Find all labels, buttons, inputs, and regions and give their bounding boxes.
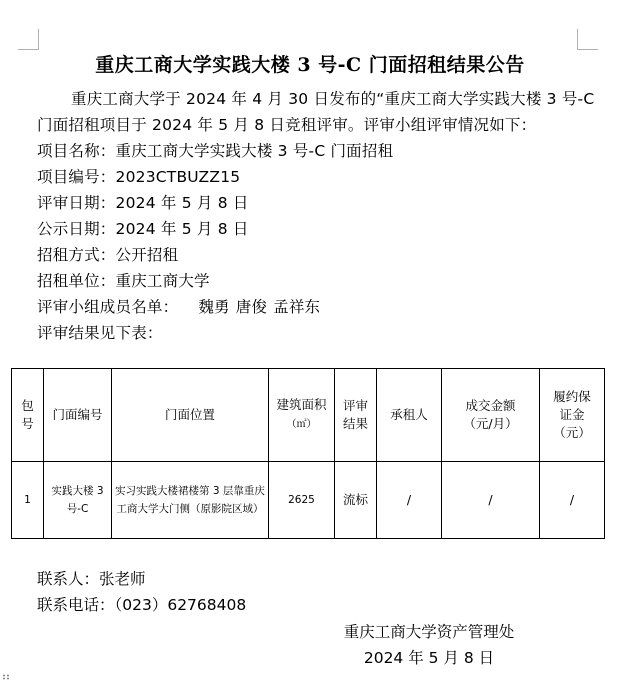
document-body: 重庆工商大学于 2024 年 4 月 30 日发布的“重庆工商大学实践大楼 3 … xyxy=(37,86,597,346)
members-label: 评审小组成员名单： xyxy=(37,298,178,316)
field-project-number: 项目编号：2023CTBUZZ15 xyxy=(37,164,597,190)
field-project-name: 项目名称：重庆工商大学实践大楼 3 号-C 门面招租 xyxy=(37,138,597,164)
page-corner-mark-top-left xyxy=(18,29,39,50)
header-location: 门面位置 xyxy=(112,369,269,462)
resize-grip-icon xyxy=(2,674,10,680)
contact-person: 联系人：张老师 xyxy=(37,566,246,592)
header-deposit: 履约保证金（元） xyxy=(540,369,605,462)
field-lease-unit: 招租单位：重庆工商大学 xyxy=(37,268,597,294)
intro-paragraph-line-1: 重庆工商大学于 2024 年 4 月 30 日发布的“重庆工商大学实践大楼 3 … xyxy=(37,86,597,112)
field-label: 招租单位： xyxy=(37,272,116,290)
field-value: 2024 年 5 月 8 日 xyxy=(116,194,249,212)
field-value: 重庆工商大学实践大楼 3 号-C 门面招租 xyxy=(116,142,394,160)
member-name: 唐俊 xyxy=(236,298,267,316)
document-title: 重庆工商大学实践大楼 3 号-C 门面招租结果公告 xyxy=(0,50,620,77)
header-review-result: 评审结果 xyxy=(335,369,377,462)
cell-location: 实习实践大楼裙楼第 3 层靠重庆工商大学大门侧（原影院区域） xyxy=(112,462,269,539)
member-name: 孟祥东 xyxy=(273,298,320,316)
header-amount: 成交金额（元/月） xyxy=(442,369,540,462)
field-value: 公开招租 xyxy=(116,246,179,264)
header-package-no: 包号 xyxy=(12,369,44,462)
cell-deposit: / xyxy=(540,462,605,539)
member-name: 魏勇 xyxy=(198,298,229,316)
header-area: 建筑面积（㎡） xyxy=(269,369,335,462)
cell-package-no: 1 xyxy=(12,462,44,539)
cell-amount: / xyxy=(442,462,540,539)
table-intro: 评审结果见下表： xyxy=(37,320,597,346)
review-members: 评审小组成员名单：魏勇唐俊孟祥东 xyxy=(37,294,597,320)
cell-tenant: / xyxy=(377,462,442,539)
cell-review-result: 流标 xyxy=(335,462,377,539)
cell-unit-no: 实践大楼 3 号-C xyxy=(44,462,112,539)
intro-paragraph-line-2: 门面招租项目于 2024 年 5 月 8 日竞租评审。评审小组评审情况如下： xyxy=(37,112,597,138)
field-label: 评审日期： xyxy=(37,194,116,212)
field-review-date: 评审日期：2024 年 5 月 8 日 xyxy=(37,190,597,216)
field-value: 重庆工商大学 xyxy=(116,272,210,290)
contact-info: 联系人：张老师 联系电话：（023）62768408 xyxy=(37,566,246,618)
cell-area: 2625 xyxy=(269,462,335,539)
field-label: 招租方式： xyxy=(37,246,116,264)
signature-block: 重庆工商大学资产管理处 2024 年 5 月 8 日 xyxy=(300,619,558,671)
field-label: 项目编号： xyxy=(37,168,116,186)
signature-org: 重庆工商大学资产管理处 xyxy=(300,619,558,645)
field-publish-date: 公示日期：2024 年 5 月 8 日 xyxy=(37,216,597,242)
page-corner-mark-top-right xyxy=(577,29,598,50)
field-value: 2024 年 5 月 8 日 xyxy=(116,220,249,238)
field-value: 2023CTBUZZ15 xyxy=(116,168,241,186)
header-unit-no: 门面编号 xyxy=(44,369,112,462)
field-label: 公示日期： xyxy=(37,220,116,238)
table-row: 1 实践大楼 3 号-C 实习实践大楼裙楼第 3 层靠重庆工商大学大门侧（原影院… xyxy=(12,462,605,539)
header-tenant: 承租人 xyxy=(377,369,442,462)
contact-phone: 联系电话：（023）62768408 xyxy=(37,592,246,618)
field-lease-method: 招租方式：公开招租 xyxy=(37,242,597,268)
table-header-row: 包号 门面编号 门面位置 建筑面积（㎡） 评审结果 承租人 成交金额（元/月） … xyxy=(12,369,605,462)
result-table: 包号 门面编号 门面位置 建筑面积（㎡） 评审结果 承租人 成交金额（元/月） … xyxy=(11,368,605,539)
field-label: 项目名称： xyxy=(37,142,116,160)
signature-date: 2024 年 5 月 8 日 xyxy=(300,645,558,671)
